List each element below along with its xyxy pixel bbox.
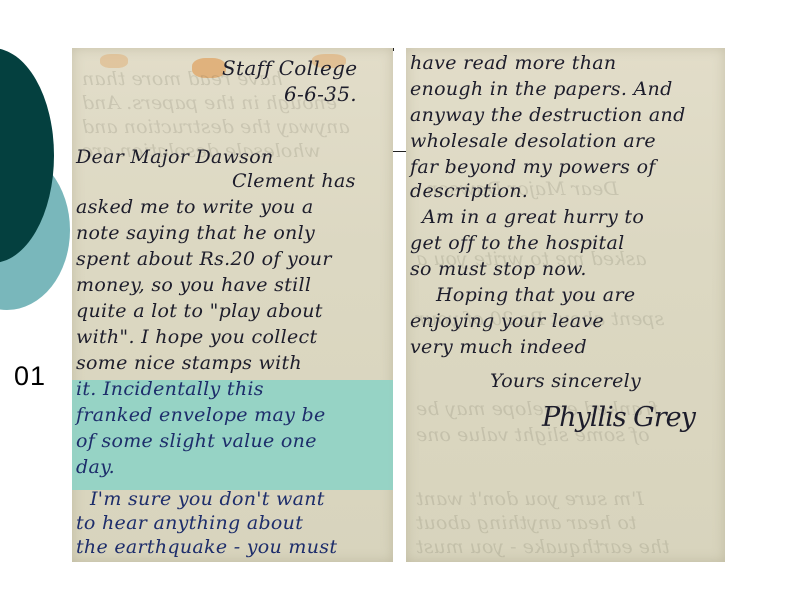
letter-line: money, so you have still bbox=[76, 274, 311, 296]
letter-line: Hoping that you are bbox=[436, 284, 635, 306]
letter-line: description. bbox=[410, 180, 528, 202]
letter-line: wholesale desolation are bbox=[410, 130, 656, 152]
letter-line: so must stop now. bbox=[410, 258, 587, 280]
letter-closing: Yours sincerely bbox=[490, 370, 641, 392]
letter-line: Am in a great hurry to bbox=[422, 206, 644, 228]
divider-line bbox=[393, 151, 407, 152]
letter-line: some nice stamps with bbox=[76, 352, 302, 374]
letter-page-left: have read more than enough in the papers… bbox=[72, 48, 393, 562]
letter-line: to hear anything about bbox=[76, 512, 303, 534]
letter-line: Clement has bbox=[232, 170, 356, 192]
letter-line: spent about Rs.20 of your bbox=[76, 248, 332, 270]
bleed-through-text: to hear anything about bbox=[416, 512, 637, 534]
letter-line: get off to the hospital bbox=[410, 232, 625, 254]
letter-line: very much indeed bbox=[410, 336, 587, 358]
letter-place: Staff College bbox=[222, 56, 357, 80]
letter-line: note saying that he only bbox=[76, 222, 315, 244]
bleed-through-text: I'm sure you don't want bbox=[416, 488, 644, 510]
letter-line: enjoying your leave bbox=[410, 310, 604, 332]
bleed-through-text: the earthquake - you must bbox=[416, 536, 670, 558]
letter-date: 6-6-35. bbox=[284, 82, 357, 106]
letter-line: quite a lot to "play about bbox=[76, 300, 323, 322]
letter-line: far beyond my powers of bbox=[410, 156, 656, 178]
letter-line: I'm sure you don't want bbox=[90, 488, 325, 510]
letter-line: asked me to write you a bbox=[76, 196, 313, 218]
paper-stain bbox=[100, 54, 128, 68]
letter-line: with". I hope you collect bbox=[76, 326, 317, 348]
letter-signature: Phyllis Grey bbox=[542, 402, 695, 433]
highlighted-line: franked envelope may be bbox=[76, 404, 325, 426]
letter-line: anyway the destruction and bbox=[410, 104, 686, 126]
highlighted-line: it. Incidentally this bbox=[76, 378, 264, 400]
letter-salutation: Dear Major Dawson bbox=[76, 146, 274, 168]
highlighted-line: of some slight value one bbox=[76, 430, 317, 452]
letter-line: the earthquake - you must bbox=[76, 536, 337, 558]
letter-line: have read more than bbox=[410, 52, 616, 74]
bleed-through-text: anyway the destruction and bbox=[82, 116, 350, 138]
letter-page-right: Dear Major Dawson asked me to write you … bbox=[406, 48, 725, 562]
slide-number: 01 bbox=[14, 361, 46, 392]
letter-line: enough in the papers. And bbox=[410, 78, 673, 100]
highlighted-line: day. bbox=[76, 456, 115, 478]
